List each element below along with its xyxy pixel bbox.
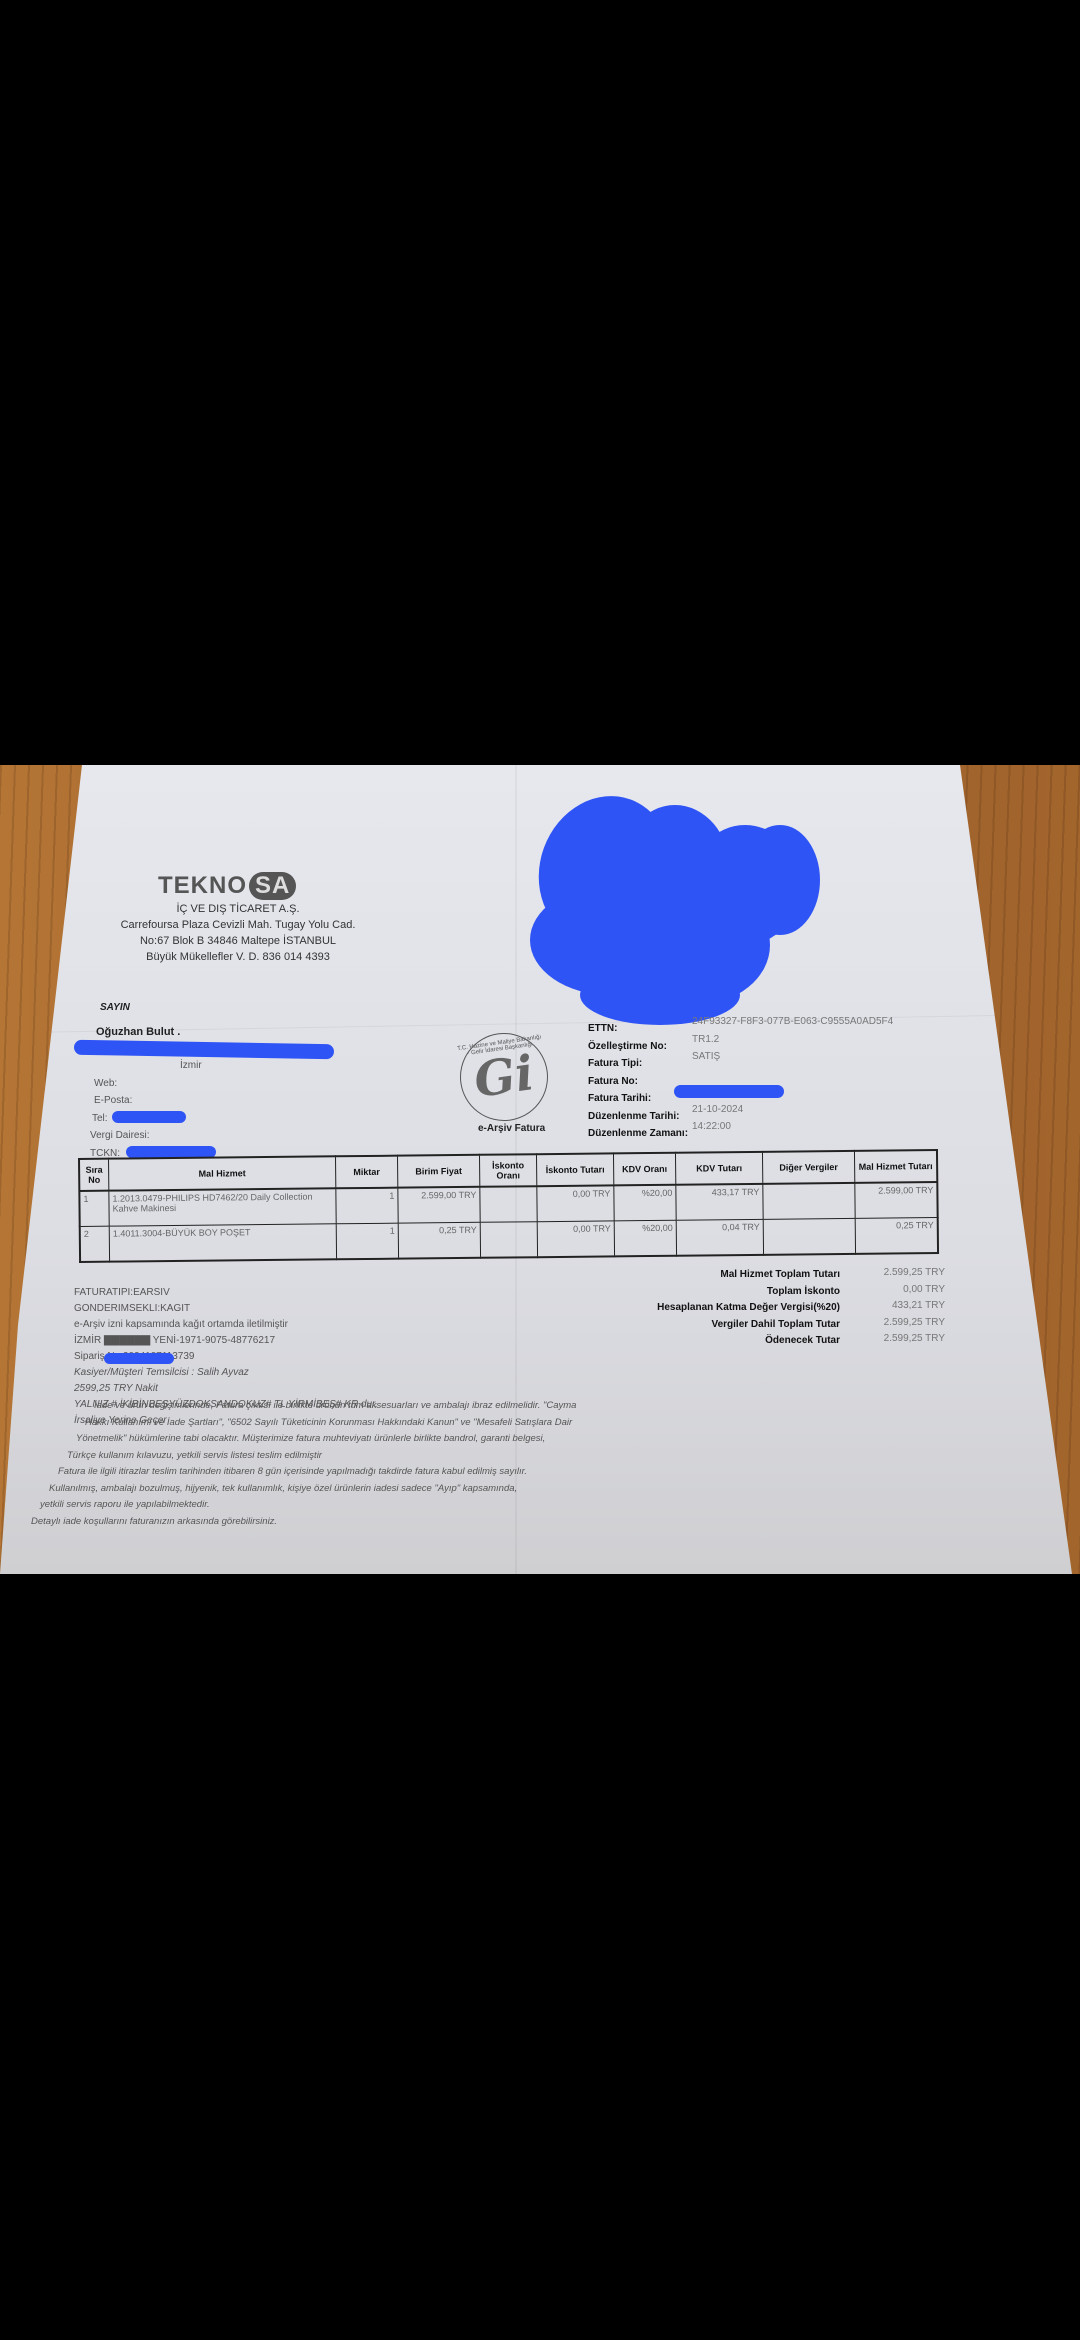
meta-label: Fatura Tipi: <box>588 1055 688 1073</box>
total-label: Hesaplanan Katma Değer Vergisi(%20) <box>600 1300 840 1317</box>
meta-label: Fatura Tarihi: <box>588 1090 688 1108</box>
meta-value: 21-10-2024 <box>692 1101 893 1119</box>
table-cell: 0,25 TRY <box>855 1218 938 1254</box>
terms-line: Fatura ile ilgili itirazlar teslim tarih… <box>24 1464 576 1481</box>
table-cell: 0,00 TRY <box>537 1185 614 1221</box>
totals-values: 2.599,25 TRY0,00 TRY433,21 TRY2.599,25 T… <box>855 1265 945 1348</box>
address-line-1: Carrefoursa Plaza Cevizli Mah. Tugay Yol… <box>118 917 358 933</box>
column-header: Mal Hizmet Tutarı <box>854 1150 937 1183</box>
redacted-invoice-no <box>674 1085 784 1098</box>
meta-label: Düzenlenme Tarihi: <box>588 1108 688 1126</box>
logo-text: TEKNO <box>158 872 247 899</box>
terms-line: Türkçe kullanım kılavuzu, yetkili servis… <box>24 1448 576 1465</box>
vendor-info: İÇ VE DIŞ TİCARET A.Ş. Carrefoursa Plaza… <box>118 901 358 965</box>
column-header: İskonto Oranı <box>479 1154 536 1187</box>
email-label: E-Posta: <box>90 1092 202 1110</box>
company-name: İÇ VE DIŞ TİCARET A.Ş. <box>118 901 358 917</box>
gib-stamp: T.C. Hazine ve Maliye Bakanlığı · Gelir … <box>454 1027 553 1126</box>
tax-line: Büyük Mükellefler V. D. 836 014 4393 <box>118 949 358 965</box>
customer-name: Oğuzhan Bulut . <box>96 1026 180 1038</box>
column-header: KDV Tutarı <box>675 1152 762 1185</box>
note-line: İZMİR ▇▇▇▇▇▇ YENİ-1971-9075-48776217 <box>74 1333 378 1349</box>
total-value: 2.599,25 TRY <box>855 1265 945 1282</box>
table-row: 21.4011.3004-BÜYÜK BOY POŞET10,25 TRY0,0… <box>80 1218 938 1262</box>
note-line: GONDERIMSEKLI:KAGIT <box>74 1301 378 1317</box>
total-label: Vergiler Dahil Toplam Tutar <box>600 1317 840 1334</box>
invoice-paper: TEKNOSA İÇ VE DIŞ TİCARET A.Ş. Carrefour… <box>0 765 1080 1574</box>
table-cell: 2.599,00 TRY <box>855 1182 938 1218</box>
meta-value: TR1.2 <box>692 1031 893 1049</box>
table-cell: 433,17 TRY <box>676 1184 763 1220</box>
meta-value: 24F93327-F8F3-077B-E063-C9555A0AD5F4 <box>692 1013 893 1031</box>
table-cell: 1 <box>336 1188 398 1224</box>
total-label: Ödenecek Tutar <box>600 1333 840 1350</box>
table-cell <box>763 1183 855 1219</box>
note-line: Kasiyer/Müşteri Temsilcisi : Salih Ayvaz <box>74 1365 378 1381</box>
column-header: Diğer Vergiler <box>762 1151 854 1184</box>
column-header: KDV Oranı <box>613 1153 675 1186</box>
total-label: Mal Hizmet Toplam Tutarı <box>600 1267 840 1284</box>
table-cell: %20,00 <box>614 1185 676 1221</box>
total-value: 2.599,25 TRY <box>855 1331 945 1348</box>
table-cell: 0,25 TRY <box>398 1222 480 1258</box>
table-cell: 1.4011.3004-BÜYÜK BOY POŞET <box>109 1224 336 1262</box>
table-cell: 0,04 TRY <box>676 1219 763 1255</box>
note-line: 2599,25 TRY Nakit <box>74 1381 378 1397</box>
note-line: FATURATIPI:EARSIV <box>74 1285 378 1301</box>
meta-label: Fatura No: <box>588 1073 688 1091</box>
column-header: Mal Hizmet <box>109 1156 336 1190</box>
meta-label: ETTN: <box>588 1020 688 1038</box>
redacted-branch <box>104 1353 174 1364</box>
document-type: e-Arşiv Fatura <box>478 1123 545 1134</box>
salutation: SAYIN <box>100 1002 130 1013</box>
customer-city: İzmir <box>90 1057 202 1075</box>
meta-value <box>692 1066 893 1084</box>
table-body: 11.2013.0479-PHILIPS HD7462/20 Daily Col… <box>79 1182 938 1262</box>
invoice-meta-values: 24F93327-F8F3-077B-E063-C9555A0AD5F4TR1.… <box>692 1013 893 1136</box>
meta-value: 14:22:00 <box>692 1118 893 1136</box>
table-cell <box>480 1186 537 1222</box>
column-header: İskonto Tutarı <box>536 1153 613 1186</box>
invoice-photo: TEKNOSA İÇ VE DIŞ TİCARET A.Ş. Carrefour… <box>0 765 1080 1574</box>
terms-line: yetkili servis raporu ile yapılabilmekte… <box>24 1497 576 1514</box>
terms-line: Yönetmelik" hükümlerine tabi olacaktır. … <box>24 1431 576 1448</box>
logo-badge: SA <box>249 872 296 900</box>
terms-line: Kullanılmış, ambalajı bozulmuş, hijyenik… <box>24 1481 576 1498</box>
meta-label: Düzenlenme Zamanı: <box>588 1125 688 1143</box>
tax-office-label: Vergi Dairesi: <box>90 1127 202 1145</box>
table-cell: %20,00 <box>614 1220 676 1256</box>
address-line-2: No:67 Blok B 34846 Maltepe İSTANBUL <box>118 933 358 949</box>
column-header: Sıra No <box>79 1159 109 1191</box>
invoice-meta-labels: ETTN:Özelleştirme No:Fatura Tipi:Fatura … <box>588 1020 688 1143</box>
meta-value: SATIŞ <box>692 1048 893 1066</box>
return-terms: İade ve ürün değişimlerinde, Fatura çıkt… <box>24 1398 576 1530</box>
table-cell <box>763 1218 855 1254</box>
table-cell: 1.2013.0479-PHILIPS HD7462/20 Daily Coll… <box>109 1188 336 1226</box>
total-value: 2.599,25 TRY <box>855 1315 945 1332</box>
web-label: Web: <box>90 1075 202 1093</box>
total-value: 0,00 TRY <box>855 1282 945 1299</box>
table-cell: 1 <box>79 1191 109 1227</box>
total-label: Toplam İskonto <box>600 1284 840 1301</box>
total-value: 433,21 TRY <box>855 1298 945 1315</box>
note-line: e-Arşiv izni kapsamında kağıt ortamda il… <box>74 1317 378 1333</box>
table-cell: 1 <box>336 1223 398 1259</box>
vendor-logo: TEKNOSA <box>158 872 296 900</box>
meta-label: Özelleştirme No: <box>588 1038 688 1056</box>
column-header: Miktar <box>335 1156 397 1189</box>
column-header: Birim Fiyat <box>397 1155 479 1188</box>
terms-line: Detaylı iade koşullarını faturanızın ark… <box>24 1514 576 1531</box>
redacted-tel <box>112 1111 186 1123</box>
table-cell: 2 <box>80 1226 110 1262</box>
terms-line: Hakkı Kullanımı ve İade Şartları", "6502… <box>24 1415 576 1432</box>
line-items-table: Sıra NoMal HizmetMiktarBirim Fiyatİskont… <box>78 1149 939 1263</box>
totals-labels: Mal Hizmet Toplam TutarıToplam İskontoHe… <box>600 1267 840 1350</box>
table-cell <box>480 1222 537 1258</box>
terms-line: İade ve ürün değişimlerinde, Fatura çıkt… <box>24 1398 576 1415</box>
table-cell: 0,00 TRY <box>537 1221 614 1257</box>
table-cell: 2.599,00 TRY <box>398 1187 480 1223</box>
